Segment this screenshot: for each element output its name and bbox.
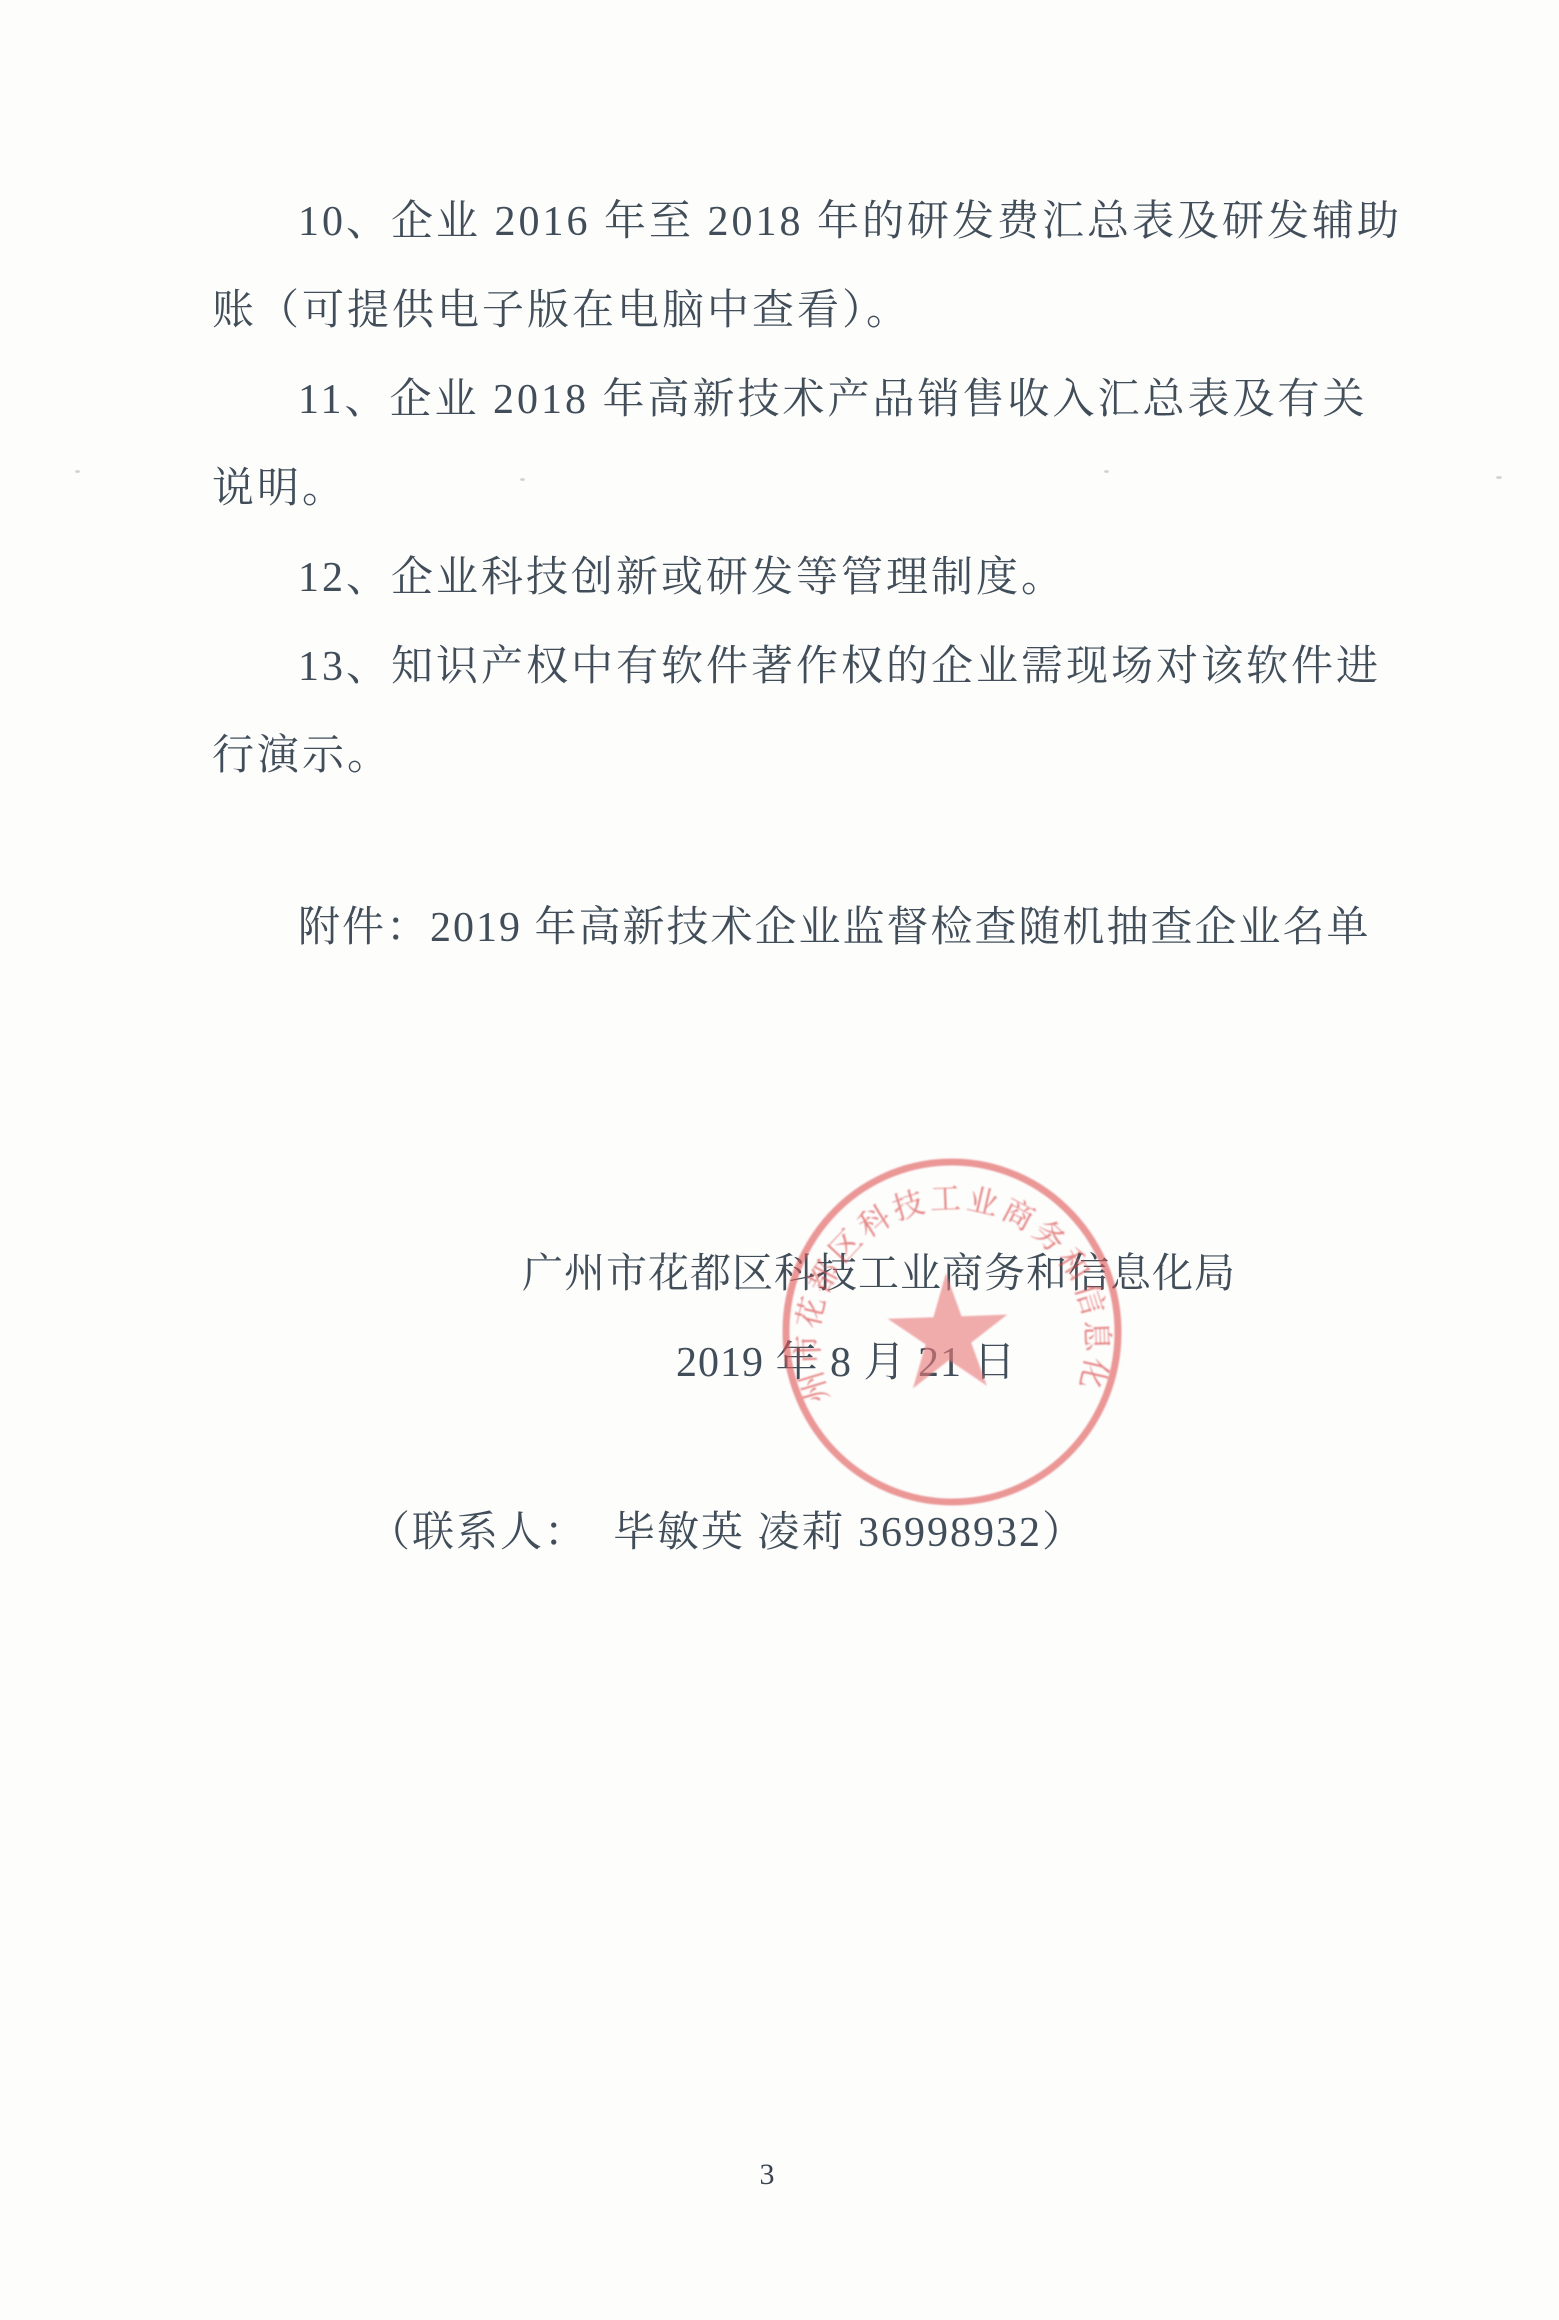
scan-speck bbox=[75, 470, 80, 473]
body-line-item-13: 13、知识产权中有软件著作权的企业需现场对该软件进 bbox=[212, 623, 1362, 712]
body-line-item-13-cont: 行演示。 bbox=[212, 712, 1362, 801]
scan-speck bbox=[520, 478, 525, 481]
scan-speck bbox=[1496, 476, 1502, 479]
body-line-item-12: 12、企业科技创新或研发等管理制度。 bbox=[212, 534, 1362, 623]
document-page: 10、企业 2016 年至 2018 年的研发费汇总表及研发辅助 账（可提供电子… bbox=[0, 0, 1559, 2320]
official-seal-stamp: 广州市花都区科技工业商务和信息化局 bbox=[764, 1144, 1140, 1520]
scan-speck bbox=[1104, 470, 1109, 473]
body-line-item-11: 11、企业 2018 年高新技术产品销售收入汇总表及有关 bbox=[212, 356, 1362, 445]
body-paragraphs: 10、企业 2016 年至 2018 年的研发费汇总表及研发辅助 账（可提供电子… bbox=[212, 178, 1362, 801]
seal-star-icon bbox=[886, 1271, 1010, 1389]
attachment-line: 附件：2019 年高新技术企业监督检查随机抽查企业名单 bbox=[212, 884, 1412, 973]
body-line-item-11-cont: 说明。 bbox=[212, 445, 1362, 534]
body-line-item-10-cont: 账（可提供电子版在电脑中查看）。 bbox=[212, 267, 1362, 356]
page-number: 3 bbox=[742, 2158, 792, 2192]
seal-arc-text: 广州市花都区科技工业商务和信息化局 bbox=[764, 1144, 1117, 1409]
body-line-item-10: 10、企业 2016 年至 2018 年的研发费汇总表及研发辅助 bbox=[212, 178, 1362, 267]
